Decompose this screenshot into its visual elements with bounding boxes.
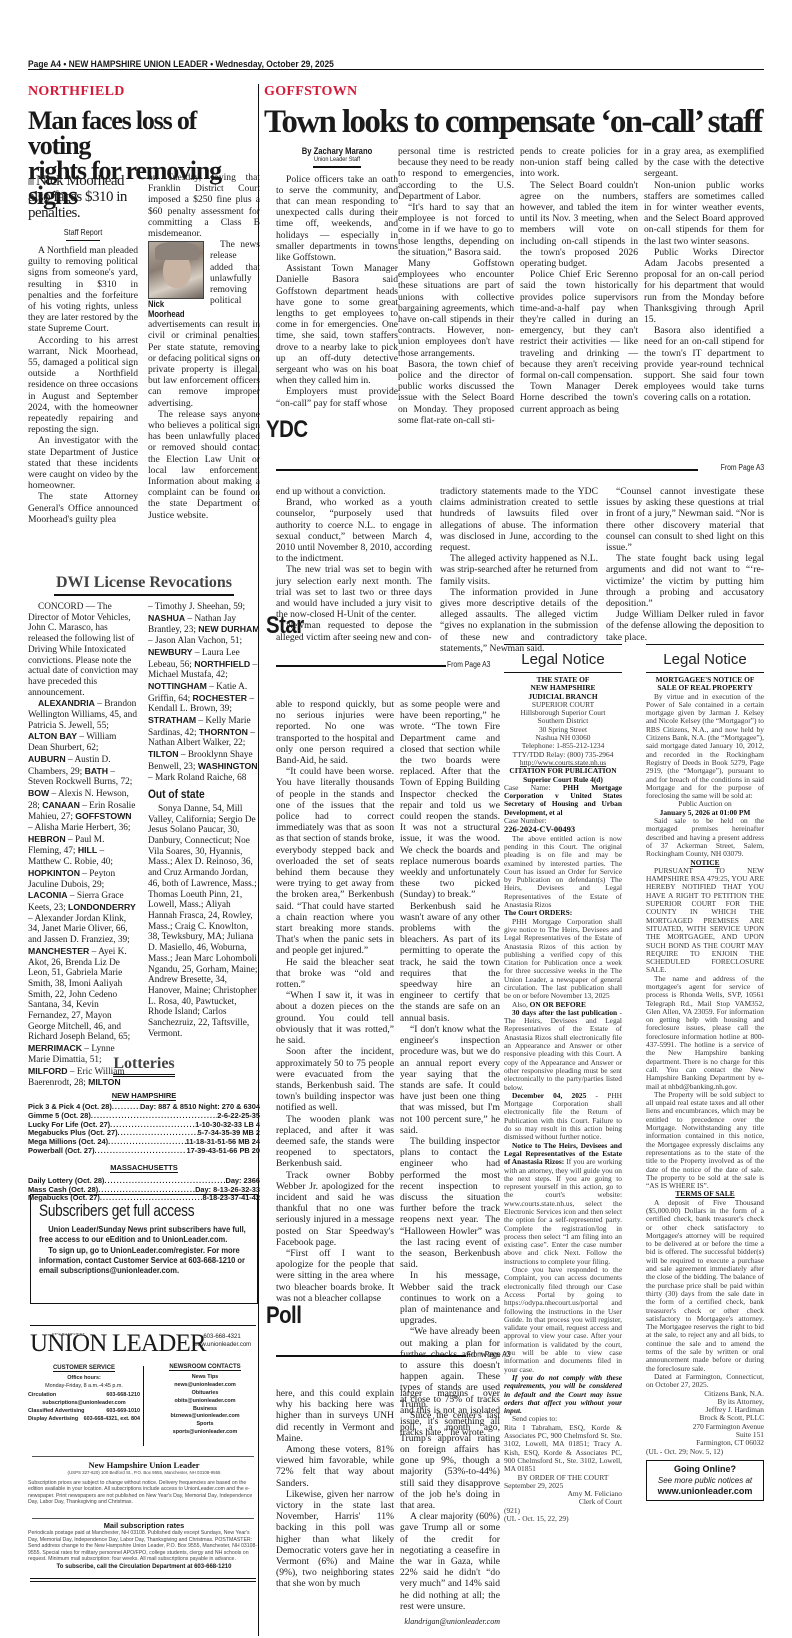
legal-notice-1: Legal Notice THE STATE OF NEW HAMPSHIRE …: [504, 644, 622, 1523]
dwi-names: – Alisha Marie Herbert, 36;: [28, 823, 131, 833]
ydc-col3: “Counsel cannot investigate these issues…: [606, 486, 764, 643]
dwi-town: HEBRON: [28, 834, 66, 844]
nr-title: NEWSROOM CONTACTS: [169, 1364, 240, 1371]
leader-dots: [95, 1147, 187, 1156]
northfield-body-col2-top: on Tuesday, saying that Franklin Distric…: [148, 172, 260, 239]
paragraph: larger margins over Trump.: [400, 1388, 500, 1410]
subscribers-title: Subscribers get full access: [39, 1201, 207, 1221]
office-hours-label: Office hours:: [28, 1374, 140, 1382]
paragraph: “When I saw it, it was in about a dozen …: [276, 990, 394, 1046]
dwi-col2: – Timothy J. Sheehan, 59; NASHUA – Natha…: [148, 602, 260, 1039]
classified-label: Classified Advertising: [28, 1407, 84, 1415]
legal1-title: Legal Notice: [521, 651, 604, 668]
leader-dots: [110, 1121, 195, 1130]
paragraph: Basora, the town chief of police and the…: [398, 359, 514, 426]
masthead-web-link[interactable]: www.unionleader.com: [184, 1341, 260, 1349]
logo-small: NEW HAMPSHIRE: [52, 1332, 85, 1336]
paragraph: Employers must provide “on-call” pay for…: [276, 386, 398, 408]
display-phone: 603-668-4321, ext. 804: [84, 1415, 140, 1423]
paragraph: The alleged activity happened as N.L. wa…: [440, 553, 598, 587]
paragraph: Basora also identified a need for an on-…: [644, 325, 764, 403]
paragraph: pends to create policies for non-union s…: [520, 146, 638, 180]
contact-email-link[interactable]: biznews@unionleader.com: [150, 1413, 260, 1421]
legal-paragraph: Once you have responded to the Complaint…: [504, 1266, 622, 1374]
paragraph: Soon after the incident, approximately 5…: [276, 1046, 394, 1113]
paragraph: An investigator with the state Departmen…: [28, 435, 138, 491]
headline-line-1: Man faces loss of voting: [28, 108, 254, 158]
paragraph: A clear majority (60%) gave Trump all or…: [400, 1511, 500, 1612]
paragraph: The wooden plank was replaced, and after…: [276, 1114, 394, 1170]
poll-title: Poll: [266, 1302, 301, 1330]
byline-title: Union Leader Staff: [285, 156, 389, 163]
publication-info: New Hampshire Union Leader (USPS 327-620…: [28, 1460, 260, 1506]
northfield-body-col2-wrap: Nick Moorhead The news release added tha…: [148, 239, 260, 521]
masthead-logo: NEW HAMPSHIRE UNION LEADER: [30, 1330, 206, 1358]
byline-text: Staff Report: [64, 227, 102, 237]
dwi-list-part2: – Timothy J. Sheehan, 59; NASHUA – Natha…: [148, 602, 260, 783]
cs-title: CUSTOMER SERVICE: [53, 1365, 115, 1372]
going-online-link[interactable]: www.unionleader.com: [647, 1486, 763, 1497]
goffstown-col3: pends to create policies for non-union s…: [520, 146, 638, 415]
paragraph: Public Works Director Adam Jacobs presen…: [644, 247, 764, 325]
out-of-state-list: Sonya Danne, 54, Mill Valley, California…: [148, 804, 260, 1039]
dwi-town: GOFFSTOWN: [75, 811, 131, 821]
legal2-title: Legal Notice: [663, 651, 746, 668]
going-online-title: Going Online?: [647, 1464, 763, 1475]
paragraph: Town Manager Derek Horne described the t…: [520, 381, 638, 415]
lotteries-title: Lotteries: [113, 1055, 174, 1077]
paragraph: Assistant Town Manager Danielle Basora s…: [276, 263, 398, 386]
paragraph: The building inspector plans to contact …: [400, 1136, 500, 1270]
lotteries-section: Lotteries NEW HAMPSHIRE Pick 3 & Pick 4 …: [28, 1053, 260, 1203]
paragraph: Since the center's last poll a month ago…: [400, 1410, 500, 1511]
deck-bullet-icon: [28, 179, 34, 185]
byline-name: By Zachary Marano: [285, 146, 389, 156]
contact-label: News Tips: [150, 1374, 260, 1382]
dwi-town: LONDONDERRY: [68, 902, 136, 912]
poll-col1: here, and this could explain why his bac…: [276, 1388, 394, 1590]
dwi-town: BATH: [85, 766, 108, 776]
dwi-town: HOPKINTON: [28, 868, 80, 878]
dwi-title: DWI License Revocations: [28, 572, 260, 596]
lottery-game: Powerball (Oct. 27): [28, 1147, 95, 1156]
nh-lottery-list: Pick 3 & Pick 4 (Oct. 28)Day: 887 & 8510…: [28, 1103, 260, 1156]
dwi-names: – Mark Roland Raiche, 68: [148, 773, 246, 783]
legal-paragraph: PHH Mortgage Corporation shall give noti…: [504, 918, 622, 1001]
dwi-town: ALTON BAY: [28, 731, 77, 741]
masthead-vrule: [143, 1366, 144, 1446]
deck-text: Nick Moorhead also faces $310 in penalti…: [28, 173, 127, 221]
paragraph: The release says anyone who believes a p…: [148, 409, 260, 521]
contact-email-link[interactable]: obits@unionleader.com: [150, 1398, 260, 1406]
dwi-town: CANAAN: [42, 800, 80, 810]
contact-label: Sports: [150, 1421, 260, 1429]
subscribers-p1: Union Leader/Sunday News print subscribe…: [39, 1225, 252, 1246]
going-online-sub: See more public notices at: [647, 1475, 763, 1486]
dwi-town: ROCHESTER: [193, 693, 248, 703]
legal1-body: THE STATE OF NEW HAMPSHIRE JUDICIAL BRAN…: [504, 676, 622, 1523]
paragraph: He said the bleacher seat that broke was…: [276, 957, 394, 991]
mugshot-caption: Nick Moorhead: [148, 299, 199, 319]
paragraph: The state fought back using legal argume…: [606, 553, 764, 609]
masthead-mid-rule: [32, 1456, 254, 1457]
ma-header: MASSACHUSETTS: [110, 1163, 178, 1173]
paragraph: Track owner Bobby Webber Jr. apologized …: [276, 1170, 394, 1248]
poll-rule: [276, 1355, 466, 1357]
star-col1: able to respond quickly, but no serious …: [276, 699, 394, 1304]
legal-paragraph: Said sale to be held on the mortgaged pr…: [646, 817, 764, 858]
subscribers-box: Subscribers get full access Union Leader…: [30, 1194, 258, 1304]
dwi-town: NOTTINGHAM: [148, 681, 207, 691]
star-col2: as some people were and have been report…: [400, 699, 500, 1438]
poll-col2: larger margins over Trump. Since the cen…: [400, 1388, 500, 1627]
court-orders-label: The Court ORDERS:: [504, 908, 572, 917]
legal-notice-2: Legal Notice MORTGAGEE'S NOTICE OF SALE …: [646, 644, 764, 1501]
notice-heading: MORTGAGEE'S NOTICE OF SALE OF REAL PROPE…: [656, 675, 755, 692]
legal-paragraph: Rita I Tabraham, ESQ, Korde & Associates…: [504, 1424, 622, 1474]
northfield-deck: Nick Moorhead also faces $310 in penalti…: [28, 173, 138, 221]
legal-paragraph: The above entitled action is now pending…: [504, 835, 622, 910]
masthead-bottom-rule: [30, 1578, 256, 1582]
paragraph: tradictory statements made to the YDC cl…: [440, 486, 598, 553]
star-from-page: From Page A3: [447, 660, 490, 669]
dwi-section: DWI License Revocations: [28, 572, 260, 596]
lottery-row: Powerball (Oct. 27)17-39-43-51-66 PB 20: [28, 1147, 260, 1156]
masthead-contact: 603-668-4321 www.unionleader.com: [184, 1333, 260, 1349]
legal-text: If you are working with an attorney, the…: [504, 1157, 622, 1266]
paragraph: in a gray area, as exemplified by the ca…: [644, 146, 764, 180]
subscribe-line[interactable]: To subscribe, call the Circulation Depar…: [28, 1564, 260, 1570]
northfield-col2: on Tuesday, saying that Franklin Distric…: [148, 172, 260, 521]
dwi-town: NEW DURHAM: [198, 624, 259, 634]
paragraph: on Tuesday, saying that Franklin Distric…: [148, 172, 260, 239]
dwi-names: – Alexander Jordan Klink, 34, Janet Mari…: [28, 914, 130, 945]
paragraph: The Select Board couldn't agree on the n…: [520, 180, 638, 270]
paragraph: Brand, who worked as a youth counselor, …: [276, 497, 432, 564]
northfield-kicker: NORTHFIELD: [28, 84, 254, 100]
paragraph: According to his arrest warrant, Nick Mo…: [28, 335, 138, 436]
run-dates: (UL - Oct. 29; Nov. 5, 12): [646, 1448, 764, 1456]
dwi-names: – Ayei K. Akot, 26, Brenda Liz De Leon, …: [28, 947, 130, 1043]
dwi-town: ALEXANDRIA: [38, 698, 95, 708]
lottery-result: 17-39-43-51-66 PB 20: [186, 1147, 260, 1156]
legal-text: - The Heirs, Devisees and Legal Represen…: [504, 1008, 622, 1092]
paragraph: here, and this could explain why his bac…: [276, 1388, 394, 1444]
ydc-rule: [276, 469, 698, 471]
legal-paragraph: Dated at Farmington, Connecticut, on Oct…: [646, 1373, 764, 1390]
dwi-town: NEWBURY: [148, 647, 193, 657]
run-dates: (UL - Oct. 15, 22, 29): [504, 1515, 622, 1523]
customer-service: CUSTOMER SERVICE Office hours: Monday-Fr…: [28, 1364, 140, 1423]
goffstown-byline: By Zachary Marano Union Leader Staff: [276, 146, 398, 168]
warning-bold: If you do not comply with these requirem…: [504, 1373, 622, 1415]
signature-block: Citizens Bank, N.A.By its Attorney,Jeffr…: [646, 1390, 764, 1448]
display-label: Display Advertising: [28, 1415, 78, 1423]
paragraph: “First off I want to apologize for the p…: [276, 1248, 394, 1304]
goffstown-col1: By Zachary Marano Union Leader Staff Pol…: [276, 146, 398, 409]
paragraph: “I don't know what the engineer's inspec…: [400, 1024, 500, 1136]
circulation-phone: 603-668-1210: [106, 1391, 140, 1399]
contact-label: Business: [150, 1406, 260, 1414]
paragraph: able to respond quickly, but no serious …: [276, 699, 394, 766]
fine-print-1: Subscription prices are subject to chang…: [28, 1480, 260, 1506]
paragraph: In his message, Webber said the track co…: [400, 1270, 500, 1326]
page-header-label: Page A4 • NEW HAMPSHIRE UNION LEADER • W…: [28, 58, 334, 69]
dwi-town: THORNTON: [199, 727, 248, 737]
paragraph: The state Attorney General's Office anno…: [28, 491, 138, 525]
ydc-title: YDC: [266, 416, 308, 444]
dwi-town: NORTHFIELD: [194, 659, 250, 669]
masthead-phone: 603-668-4321: [184, 1333, 260, 1341]
star-rule: [276, 665, 446, 667]
paragraph: Judge William Delker ruled in favor of t…: [606, 609, 764, 643]
leader-dots: [112, 1103, 140, 1112]
goffstown-col2: personal time is restricted because they…: [398, 146, 514, 426]
clerk-title: Clerk of Court: [504, 1498, 622, 1506]
masthead-rule-3: [32, 1518, 254, 1519]
ydc-from-page: From Page A3: [721, 463, 764, 472]
legal-paragraph: The Property will be sold subject to all…: [646, 1091, 764, 1191]
paragraph: as some people were and have been report…: [400, 699, 500, 901]
ydc-col2: tradictory statements made to the YDC cl…: [440, 486, 598, 654]
masthead-top-rule: [30, 1325, 256, 1326]
dwi-town: WASHINGTON: [198, 761, 258, 771]
legal-paragraph: A deposit of Five Thousand ($5,000.00) D…: [646, 1199, 764, 1373]
contact-email-link[interactable]: news@unionleader.com: [150, 1382, 260, 1390]
legal-paragraph: The name and address of the mortgagee's …: [646, 975, 764, 1091]
paragraph: Police Chief Eric Serenno said the town …: [520, 269, 638, 381]
out-of-state-title: Out of state: [148, 789, 243, 800]
paragraph: Likewise, given her narrow victory in th…: [276, 1489, 394, 1590]
goffstown-body-col1: Police officers take an oath to serve th…: [276, 174, 398, 409]
page-header: Page A4 • NEW HAMPSHIRE UNION LEADER • W…: [28, 54, 764, 70]
dwi-names: – Timothy J. Sheehan, 59;: [148, 602, 245, 612]
dwi-col1: CONCORD — The Director of Motor Vehicles…: [28, 602, 138, 1089]
dwi-town: LACONIA: [28, 890, 68, 900]
going-online-box[interactable]: Going Online? See more public notices at…: [646, 1460, 764, 1501]
paragraph: “It's hard to say that an employee is no…: [398, 202, 514, 258]
dwi-town: AUBURN: [28, 754, 66, 764]
circulation-label: Circulation: [28, 1391, 56, 1399]
dwi-town: TILTON: [148, 749, 179, 759]
paragraph: end up without a conviction.: [276, 486, 432, 497]
nh-header: NEW HAMPSHIRE: [112, 1091, 177, 1101]
goffstown-col4: in a gray area, as exemplified by the ca…: [644, 146, 764, 404]
paragraph: Police officers take an oath to serve th…: [276, 174, 398, 264]
dwi-town: BOW: [28, 788, 49, 798]
northfield-byline: Staff Report: [66, 227, 100, 241]
subscribers-p2: To sign up, go to UnionLeader.com/regist…: [39, 1246, 252, 1277]
dwi-list-part1: ALEXANDRIA – Brandon Wellington Williams…: [28, 698, 138, 1089]
paragraph: “Counsel cannot investigate these issues…: [606, 486, 764, 553]
newsroom-contacts: NEWSROOM CONTACTS News Tipsnews@unionlea…: [150, 1364, 260, 1437]
star-title: Star: [266, 612, 304, 640]
leader-dots: [108, 1138, 186, 1147]
dwi-town: MERRIMACK: [28, 1043, 82, 1053]
mail-rates-title: Mail subscription rates: [28, 1521, 260, 1530]
dwi-names: – Jason Alan Vachon, 51;: [148, 636, 242, 646]
paragraph: A Northfield man pleaded guilty to remov…: [28, 245, 138, 335]
paragraph: Many Goffstown employees who encounter t…: [398, 258, 514, 359]
northfield-col1: Nick Moorhead also faces $310 in penalti…: [28, 173, 138, 525]
goffstown-headline: Town looks to compensate ‘on-call’ staff: [264, 106, 770, 139]
legal2-body: MORTGAGEE'S NOTICE OF SALE OF REAL PROPE…: [646, 676, 764, 1456]
dwi-title-text: DWI License Revocations: [54, 574, 234, 596]
subscriptions-email[interactable]: subscriptions@unionleader.com: [28, 1399, 140, 1407]
paragraph: “It could have been worse. You have lite…: [276, 766, 394, 956]
legal-paragraph: PURSUANT TO NEW HAMPSHIRE RSA 479:25, YO…: [646, 867, 764, 975]
dwi-town: STRATHAM: [148, 715, 196, 725]
office-hours: Monday-Friday, 8 a.m.-4:45 p.m.: [28, 1382, 140, 1390]
fine-print-2: Periodicals postage paid at Manchester, …: [28, 1530, 260, 1563]
mugshot-photo: [148, 241, 204, 299]
legal-text: - PHH Mortgage Corporation shall electro…: [504, 1091, 622, 1141]
mugshot-figure: Nick Moorhead: [148, 241, 206, 319]
contact-label: Obituaries: [150, 1390, 260, 1398]
contact-email-link[interactable]: sports@unionleader.com: [150, 1429, 260, 1437]
dwi-intro: CONCORD — The Director of Motor Vehicles…: [28, 602, 138, 698]
dwi-town: MANCHESTER: [28, 946, 89, 956]
mail-rates: Mail subscription rates Periodicals post…: [28, 1521, 260, 1570]
usps-info: (USPS 327-620) 100 Bedford St., P.O. Box…: [28, 1470, 260, 1477]
goffstown-story: GOFFSTOWN Town looks to compensate ‘on-c…: [264, 84, 770, 139]
classified-phone: 603-669-1010: [106, 1407, 140, 1415]
dwi-town: NASHUA: [148, 613, 185, 623]
reporter-email[interactable]: klandrigan@unionleader.com: [400, 1616, 500, 1627]
paper-name: New Hampshire Union Leader: [28, 1460, 260, 1470]
legal-paragraph: By virtue and in execution of the Power …: [646, 693, 764, 801]
paragraph: personal time is restricted because they…: [398, 146, 514, 202]
dwi-town: HILL: [78, 845, 97, 855]
case-number: 226-2024-CV-00493: [504, 824, 575, 834]
paragraph: Among these voters, 81% viewed him favor…: [276, 1444, 394, 1489]
northfield-body-col1: A Northfield man pleaded guilty to remov…: [28, 245, 138, 525]
paragraph: Berkenbush said he wasn't aware of any o…: [400, 901, 500, 1024]
paragraph: Non-union public works staffers are some…: [644, 180, 764, 247]
newsroom-contact-list: News Tipsnews@unionleader.comObituarieso…: [150, 1374, 260, 1437]
goffstown-kicker: GOFFSTOWN: [264, 84, 770, 100]
